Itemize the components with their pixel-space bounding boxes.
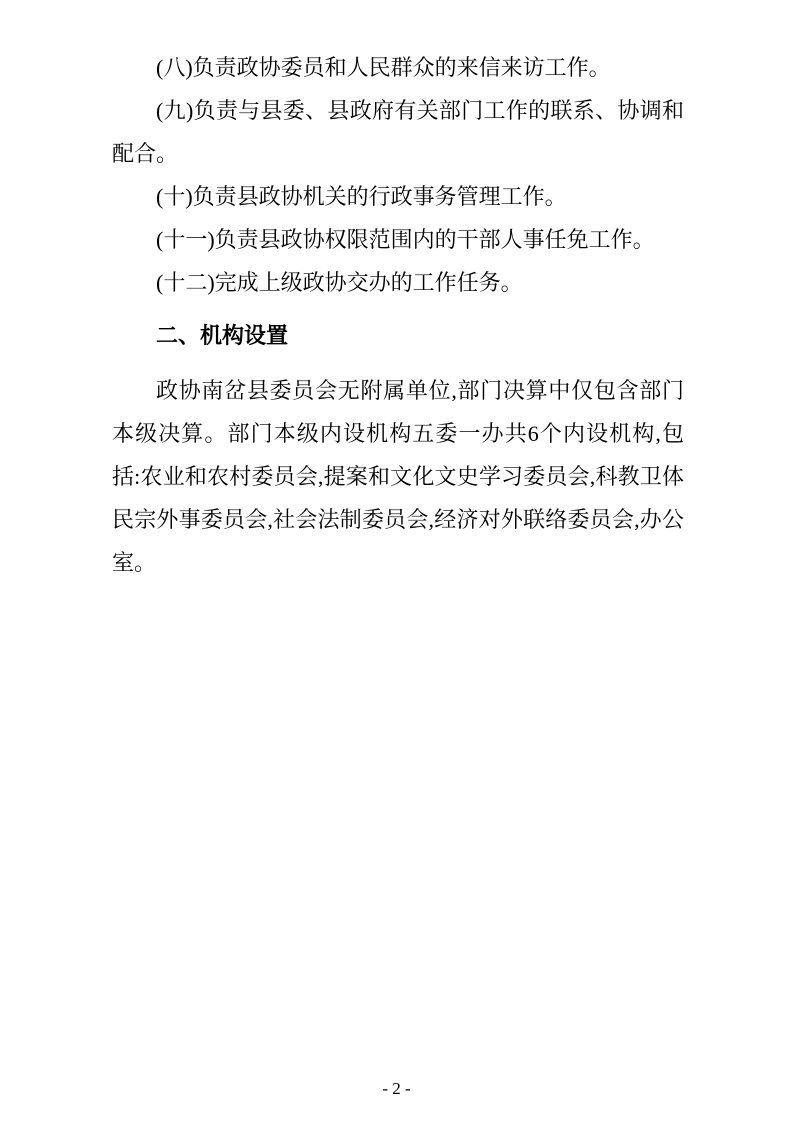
duty-item-10: (十)负责县政协机关的行政事务管理工作。: [112, 175, 684, 218]
document-content: (八)负责政协委员和人民群众的来信来访工作。 (九)负责与县委、县政府有关部门工…: [112, 46, 684, 584]
document-page: (八)负责政协委员和人民群众的来信来访工作。 (九)负责与县委、县政府有关部门工…: [0, 0, 793, 1122]
page-number: - 2 -: [0, 1078, 793, 1100]
duty-item-12: (十二)完成上级政协交办的工作任务。: [112, 261, 684, 304]
duty-item-11: (十一)负责县政协权限范围内的干部人事任免工作。: [112, 218, 684, 261]
duty-item-9: (九)负责与县委、县政府有关部门工作的联系、协调和配合。: [112, 89, 684, 175]
section-heading-organization: 二、机构设置: [112, 314, 684, 357]
section-body-organization: 政协南岔县委员会无附属单位,部门决算中仅包含部门本级决算。部门本级内设机构五委一…: [112, 369, 684, 584]
duty-item-8: (八)负责政协委员和人民群众的来信来访工作。: [112, 46, 684, 89]
